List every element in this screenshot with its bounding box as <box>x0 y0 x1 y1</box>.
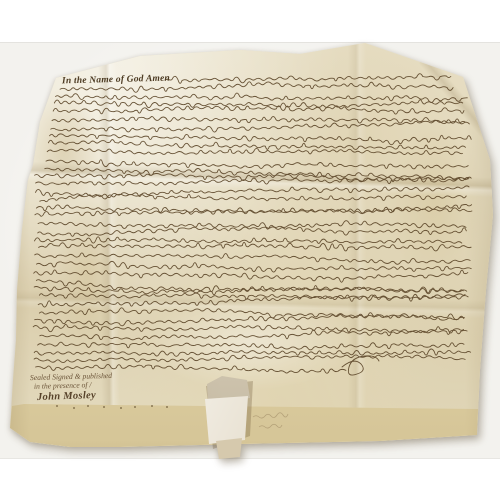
seal-tag-flap <box>0 0 500 500</box>
seal-tag-tail <box>0 0 500 500</box>
parchment-document: In the Name of God Amen Sealed Signed & … <box>0 0 500 500</box>
photograph: In the Name of God Amen Sealed Signed & … <box>0 0 500 500</box>
seal-tag-body <box>0 0 500 500</box>
seal-tag <box>0 0 500 500</box>
